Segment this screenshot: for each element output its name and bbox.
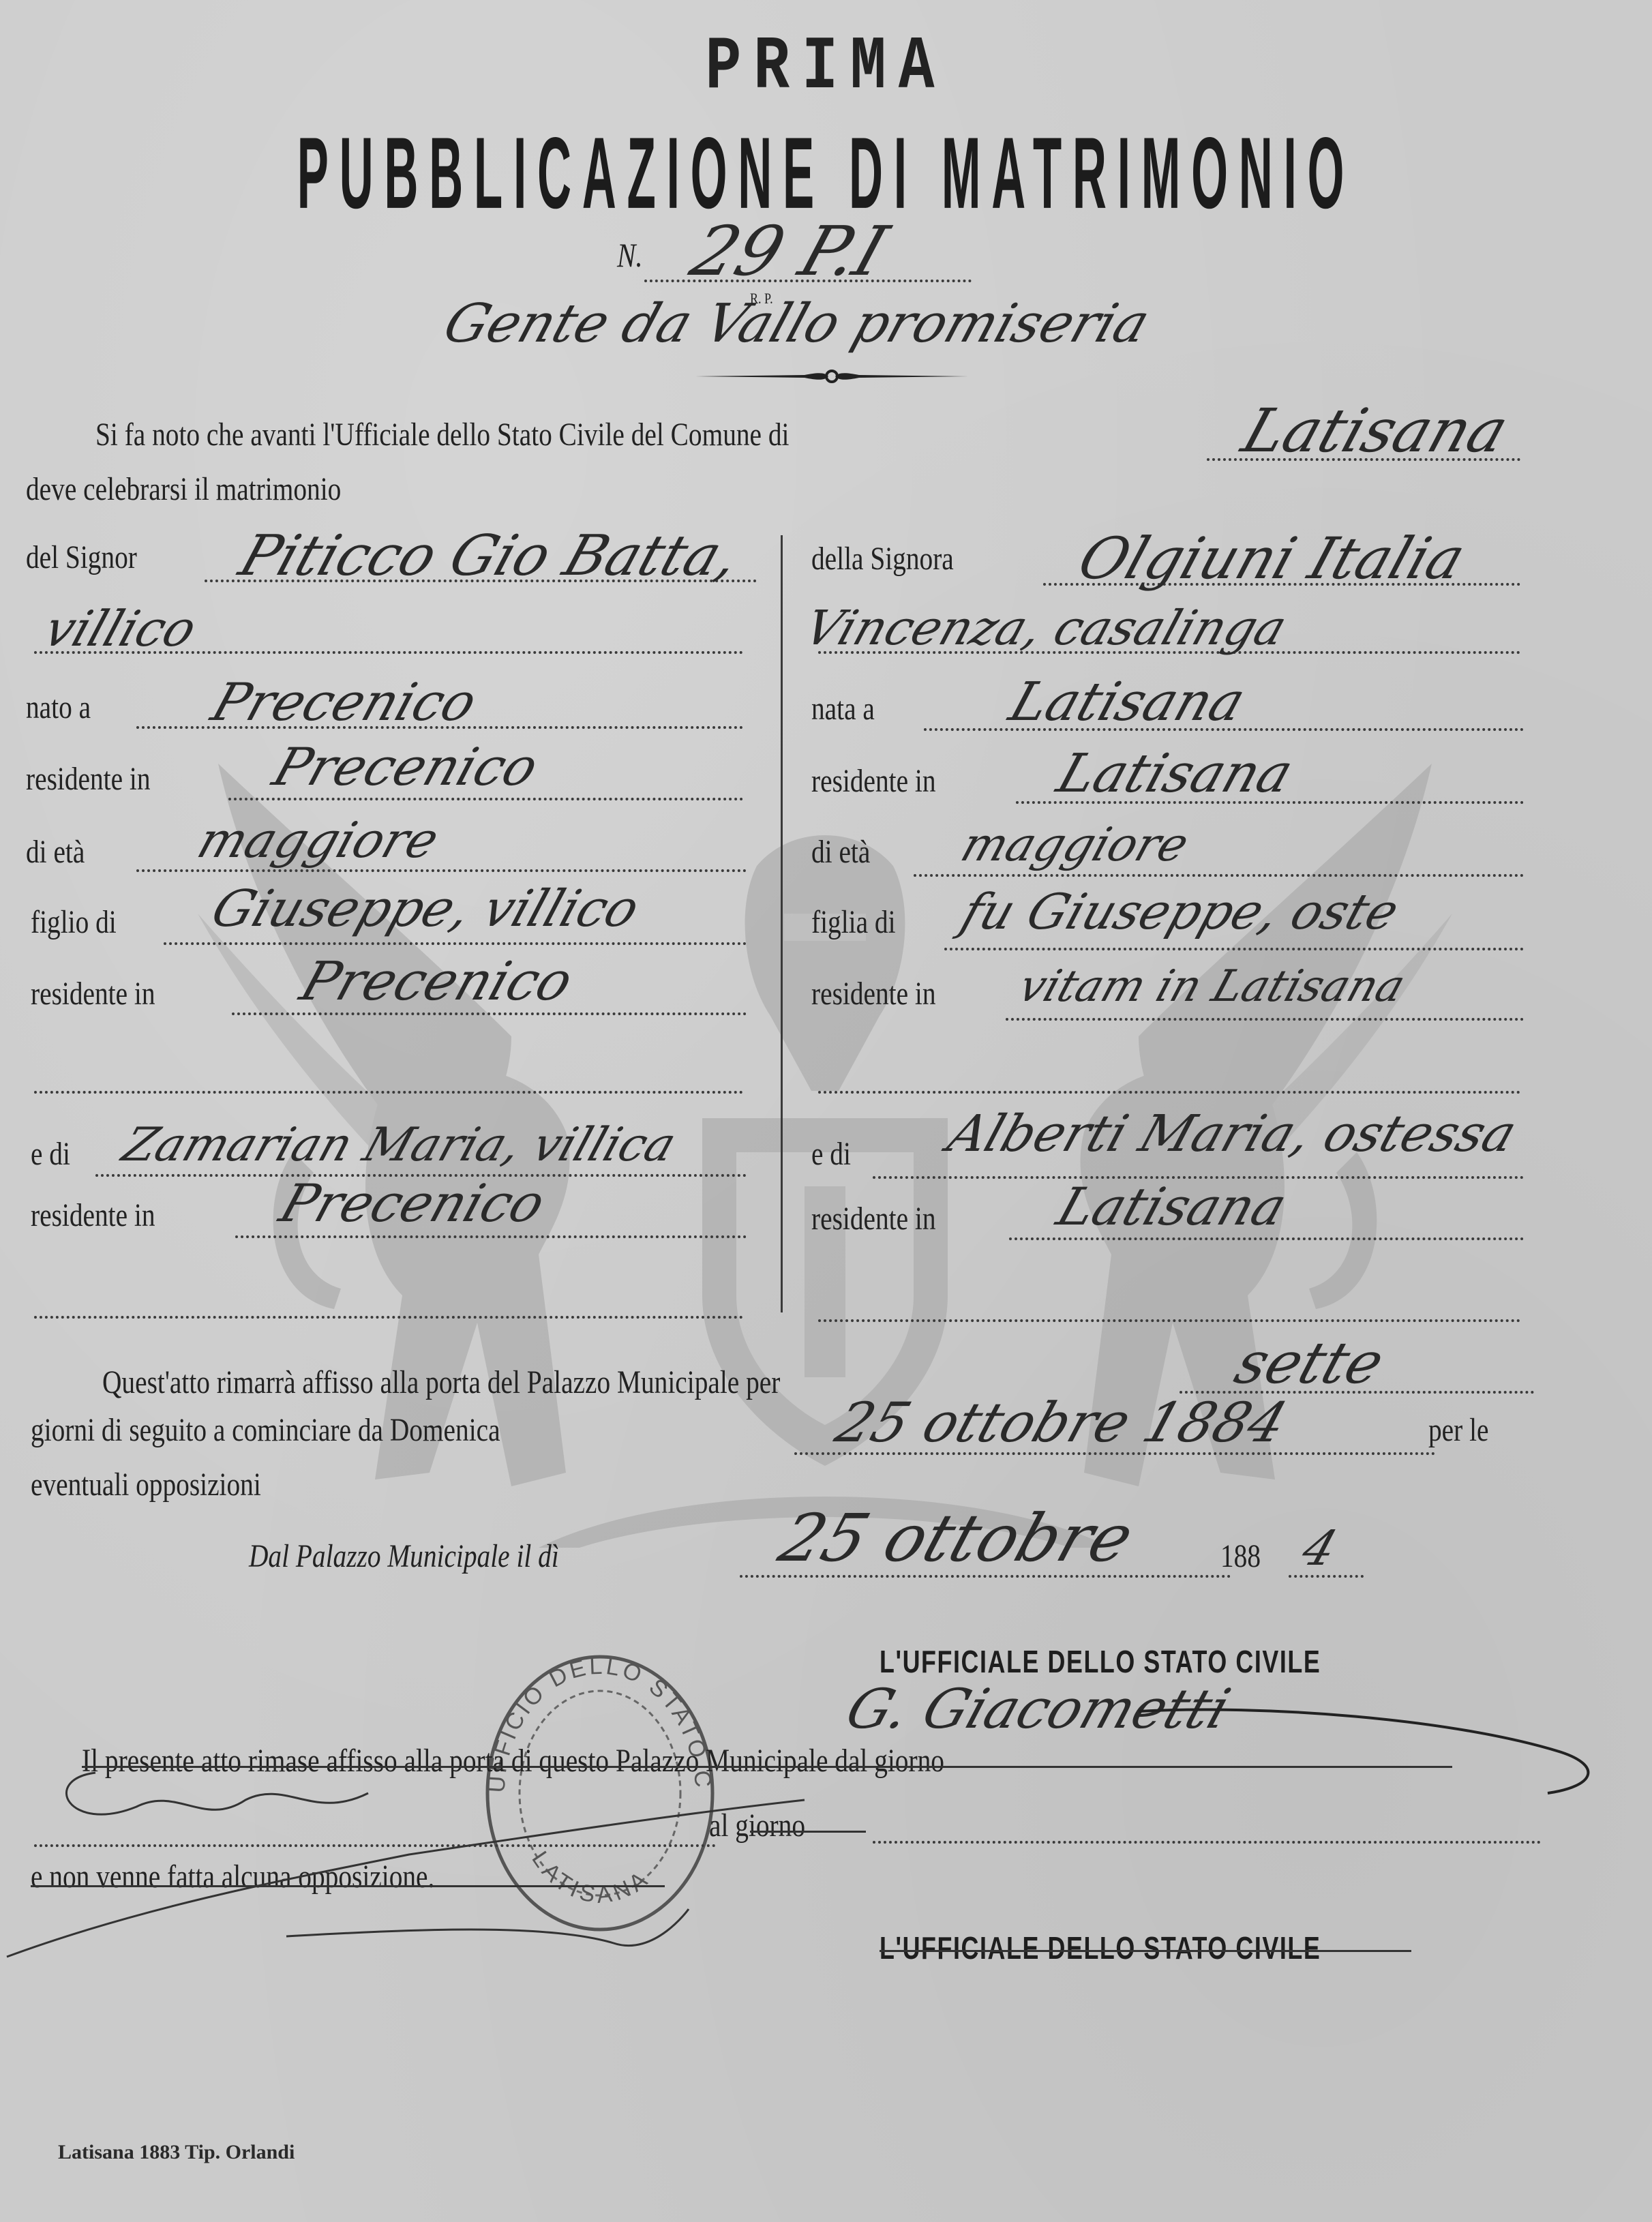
printer-imprint: Latisana 1883 Tip. Orlandi (58, 2141, 295, 2164)
bride-mother-residence-line (1009, 1237, 1524, 1240)
bride-mother-residence-label: residente in (811, 1200, 936, 1237)
groom-age-line (136, 869, 747, 872)
dated-label: Dal Palazzo Municipale il dì (249, 1537, 559, 1575)
groom-residence-label: residente in (26, 760, 151, 798)
groom-mother-residence-line (235, 1235, 747, 1238)
official-signature: G. Giacometti (839, 1677, 1237, 1741)
official-title-2: L'UFFICIALE DELLO STATO CIVILE (880, 1930, 1321, 1966)
bride-age-label: di età (811, 833, 870, 871)
bride-father-residence-label: residente in (811, 975, 936, 1012)
bride-father-label: figlia di (811, 903, 896, 941)
affidavit-line2: al giorno (709, 1807, 805, 1844)
groom-mother-residence-label: residente in (31, 1197, 155, 1234)
bride-name-value: Olgiuni Italia (1070, 525, 1473, 592)
bride-name-value-cont: Vincenza, casalinga (798, 600, 1293, 656)
intro-line2: deve celebrarsi il matrimonio (26, 470, 341, 508)
groom-name-label: del Signor (26, 539, 137, 576)
groom-name-value: Piticco Gio Batta, (232, 524, 747, 588)
groom-residence-line (228, 798, 743, 800)
groom-age-value: maggiore (191, 811, 446, 869)
groom-birthplace-label: nato a (26, 689, 91, 726)
dated-value: 25 ottobre (770, 1500, 1143, 1576)
start-date-value: 25 ottobre 1884 (828, 1391, 1295, 1454)
groom-birthplace-value: Precenico (205, 672, 484, 732)
bride-father-line (944, 948, 1524, 950)
comune-value: Latisana (1234, 395, 1517, 466)
number-value: 29 P.I (682, 211, 897, 291)
groom-father-label: figlio di (31, 903, 117, 941)
groom-blank-line-2 (34, 1316, 743, 1319)
groom-age-label: di età (26, 833, 85, 871)
bride-blank-line-2 (818, 1319, 1520, 1322)
civil-registry-stamp: UFFICIO DELLO STATO CIVILE LATISANA (477, 1647, 723, 1940)
affidavit-to-line (873, 1841, 1541, 1844)
bride-father-residence-line (1006, 1018, 1524, 1021)
posting-line2-suffix: per le (1428, 1411, 1489, 1449)
bride-name-label: della Signora (811, 540, 954, 577)
bride-age-value: maggiore (955, 818, 1195, 872)
intro-line1: Si fa noto che avanti l'Ufficiale dello … (95, 416, 789, 453)
groom-father-residence-label: residente in (31, 975, 155, 1012)
groom-mother-residence-value: Precenico (273, 1173, 552, 1233)
affidavit-from-line (34, 1844, 716, 1847)
svg-text:LATISANA: LATISANA (526, 1846, 655, 1908)
ornament-divider-icon (689, 368, 975, 385)
bride-birthplace-value: Latisana (1002, 672, 1252, 733)
groom-mother-value: Zamarian Maria, villica (116, 1118, 682, 1172)
column-divider (781, 535, 783, 1312)
year-prefix: 188 (1220, 1537, 1261, 1575)
bride-father-value: fu Giuseppe, oste (955, 883, 1406, 940)
affidavit-line2-strikethrough (750, 1831, 866, 1833)
official-title-1: L'UFFICIALE DELLO STATO CIVILE (880, 1643, 1321, 1680)
groom-father-line (164, 942, 747, 945)
groom-father-value: Giuseppe, villico (205, 880, 646, 938)
groom-profession-value: villico (37, 600, 204, 657)
groom-father-residence-value: Precenico (293, 951, 580, 1012)
official-title-2-strikethrough (880, 1950, 1411, 1952)
bride-mother-label: e di (811, 1135, 851, 1173)
affidavit-line3: e non venne fatta alcuna opposizione. (31, 1858, 434, 1895)
handwritten-note: Gente da Vallo promiseria (436, 293, 1157, 355)
affidavit-line1-strikethrough (82, 1766, 1452, 1768)
bride-mother-residence-value: Latisana (1050, 1176, 1294, 1237)
bride-birthplace-label: nata a (811, 690, 875, 727)
groom-residence-value: Precenico (266, 736, 545, 797)
days-value: sette (1227, 1330, 1392, 1396)
groom-mother-label: e di (31, 1135, 70, 1173)
bride-age-line (914, 874, 1524, 877)
bride-blank-line-1 (818, 1091, 1520, 1094)
stamp-bottom-text: LATISANA (526, 1846, 655, 1908)
title-prima: PRIMA (0, 26, 1652, 110)
posting-line1: Quest'atto rimarrà affisso alla porta de… (102, 1364, 780, 1401)
groom-father-residence-line (232, 1012, 747, 1015)
groom-blank-line-1 (34, 1091, 743, 1094)
posting-line2: giorni di seguito a cominciare da Domeni… (31, 1411, 500, 1449)
bride-residence-label: residente in (811, 762, 936, 800)
posting-line3: eventuali opposizioni (31, 1466, 261, 1503)
affidavit-line1: Il presente atto rimase affisso alla por… (82, 1742, 944, 1780)
bride-father-residence-value: vitam in Latisana (1012, 961, 1411, 1012)
affidavit-line3-strikethrough (31, 1885, 665, 1887)
number-label: N. (617, 235, 643, 275)
bride-mother-value: Alberti Maria, ostessa (941, 1105, 1524, 1163)
bride-residence-value: Latisana (1050, 743, 1300, 805)
